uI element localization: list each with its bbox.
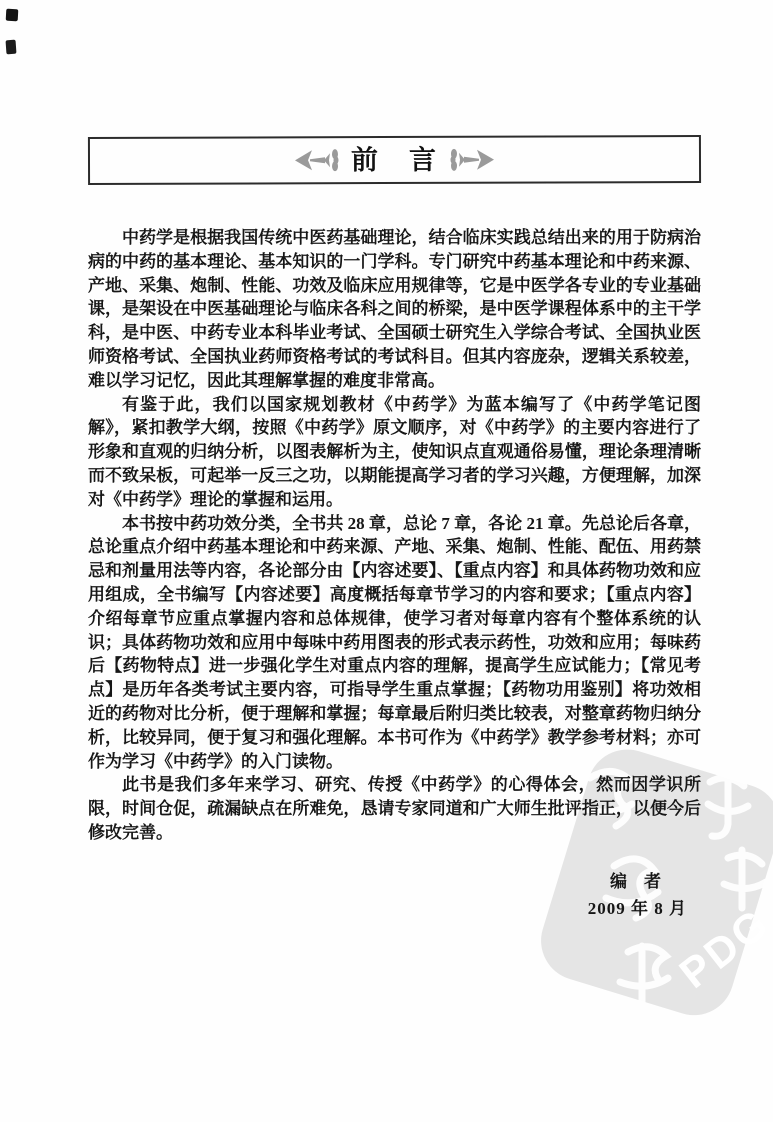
preface-title-box: 前 言 xyxy=(88,135,701,185)
page-title: 前 言 xyxy=(351,138,438,182)
preface-body: 中药学是根据我国传统中医药基础理论，结合临床实践总结出来的用于防病治病的中药的基… xyxy=(88,226,701,920)
scanned-preface-page: PDG 前 言 中药学是根据我国传统中医药基础理论，结合临床实践总结出来的用于防… xyxy=(0,0,773,1122)
paragraph: 本书按中药功效分类，全书共 28 章，总论 7 章，各论 21 章。先总论后各章… xyxy=(88,512,701,774)
signature: 编 者 xyxy=(88,870,701,894)
fleuron-left-icon xyxy=(295,146,341,174)
paragraph: 此书是我们多年来学习、研究、传授《中药学》的心得体会，然而因学识所限，时间仓促，… xyxy=(88,773,701,844)
scan-artifact xyxy=(6,9,19,22)
signature-date: 2009 年 8 月 xyxy=(88,897,701,921)
paragraph: 中药学是根据我国传统中医药基础理论，结合临床实践总结出来的用于防病治病的中药的基… xyxy=(88,226,701,393)
scan-artifact xyxy=(6,40,17,55)
fleuron-right-icon xyxy=(448,146,494,174)
paragraph: 有鉴于此，我们以国家规划教材《中药学》为蓝本编写了《中药学笔记图解》，紧扣教学大… xyxy=(88,393,701,512)
